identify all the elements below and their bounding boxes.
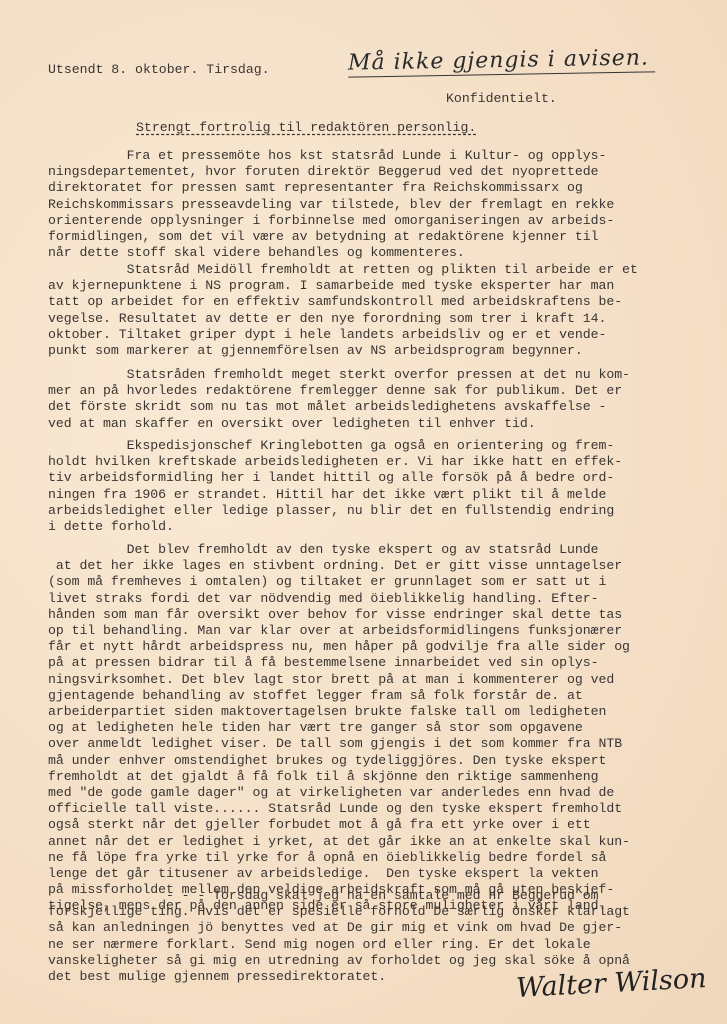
- text-line: direktoratet for pressen samt representa…: [48, 180, 713, 196]
- text-line: vegelse. Resultatet av dette er den nye …: [48, 311, 713, 327]
- text-line: vanskeligheter så gi mig en utredning av…: [48, 953, 713, 969]
- text-line: på at pressen bidrar til å få bestemmels…: [48, 655, 713, 671]
- text-line: - - - Torsdag skal jeg ha en samtale med…: [48, 888, 713, 904]
- text-line: officielle tall viste...... Statsråd Lun…: [48, 801, 713, 817]
- text-line: holdt hvilken kreftskade arbeidsledighet…: [48, 454, 713, 470]
- text-line: ningen fra 1906 er strandet. Hittil har …: [48, 487, 713, 503]
- text-line: av kjernepunktene i NS program. I samarb…: [48, 278, 713, 294]
- text-line: arbeiderpartiet siden maktovertagelsen b…: [48, 704, 713, 720]
- handwritten-note: Må ikke gjengis i avisen.: [348, 45, 655, 77]
- text-line: Ekspedisjonschef Kringlebotten ga også e…: [48, 438, 713, 454]
- text-line: Det blev fremholdt av den tyske ekspert …: [48, 542, 713, 558]
- text-line: med "de gode gamle dager" og at virkelig…: [48, 785, 713, 801]
- text-line: livet straks fordi det var nödvendig med…: [48, 591, 713, 607]
- text-line: oktober. Tiltaket griper dypt i hele lan…: [48, 327, 713, 343]
- paragraph-5: Det blev fremholdt av den tyske ekspert …: [48, 542, 713, 915]
- text-line: ne få löpe fra yrke til yrke for å opnå …: [48, 850, 713, 866]
- text-line: punkt som markerer at gjennemförelsen av…: [48, 343, 713, 359]
- paragraph-1: Fra et pressemöte hos kst statsråd Lunde…: [48, 148, 713, 261]
- text-line: får et nytt hårdt arbeidspress nu, men h…: [48, 639, 713, 655]
- paragraph-3: Statsråden fremholdt meget sterkt overfo…: [48, 367, 713, 432]
- text-line: når dette stoff skal videre behandles og…: [48, 245, 713, 261]
- text-line: ne ser nærmere forklart. Send mig nogen …: [48, 937, 713, 953]
- text-line: også sterkt når det gjeller forbudet mot…: [48, 817, 713, 833]
- text-line: lenge det går titusener av arbeidsledige…: [48, 866, 713, 882]
- text-line: over anmeldt ledighet viser. De tall som…: [48, 736, 713, 752]
- text-line: mer an på hvorledes redaktörene fremlegg…: [48, 383, 713, 399]
- text-line: og at ledigheten hele tiden har vært tre…: [48, 720, 713, 736]
- dateline: Utsendt 8. oktober. Tirsdag.: [48, 62, 270, 77]
- text-line: arbeidsledighet eller ledige plasser, nu…: [48, 503, 713, 519]
- text-line: må under enhver omstendighet brukes og t…: [48, 753, 713, 769]
- text-line: Fra et pressemöte hos kst statsråd Lunde…: [48, 148, 713, 164]
- text-line: op til behandling. Man var klar over at …: [48, 623, 713, 639]
- text-line: i dette forhold.: [48, 519, 713, 535]
- text-line: Reichskommissars presseavdeling var tils…: [48, 197, 713, 213]
- text-line: (som må fremheves i omtalen) og tiltaket…: [48, 574, 713, 590]
- paragraph-4: Ekspedisjonschef Kringlebotten ga også e…: [48, 438, 713, 535]
- text-line: hånden som man får oversikt over behov f…: [48, 607, 713, 623]
- text-line: så kan anledningen jö benyttes ved at De…: [48, 920, 713, 936]
- classification-label: Konfidentielt.: [446, 91, 557, 106]
- text-line: formidlingen, som det vil være av betydn…: [48, 229, 713, 245]
- text-line: orienterende opplysninger i forbinnelse …: [48, 213, 713, 229]
- text-line: annet når det er ledighet i yrket, at de…: [48, 834, 713, 850]
- text-line: ved at man skaffer en oversikt over ledi…: [48, 416, 713, 432]
- paragraph-2: Statsråd Meidöll fremholdt at retten og …: [48, 262, 713, 359]
- text-line: tiv arbeidsformidling her i landet hitti…: [48, 470, 713, 486]
- typewritten-letter: Utsendt 8. oktober. Tirsdag. Må ikke gje…: [0, 0, 727, 1024]
- text-line: det förste skridt som nu tas mot målet a…: [48, 399, 713, 415]
- text-line: gjentagende behandling av stoffet legger…: [48, 688, 713, 704]
- text-line: ningsvirksomhet. Det blev lagt stor bret…: [48, 672, 713, 688]
- subject-line: Strengt fortrolig til redaktören personl…: [136, 120, 476, 135]
- text-line: fremholdt at det gjaldt å få folk til å …: [48, 769, 713, 785]
- text-line: Statsråd Meidöll fremholdt at retten og …: [48, 262, 713, 278]
- text-line: forskjellige ting. Hvis det er spesielle…: [48, 904, 713, 920]
- text-line: at det her ikke lages en stivbent ordnin…: [48, 558, 713, 574]
- text-line: Statsråden fremholdt meget sterkt overfo…: [48, 367, 713, 383]
- text-line: ningsdepartementet, hvor foruten direktö…: [48, 164, 713, 180]
- text-line: tatt op arbeidet for en effektiv samfund…: [48, 294, 713, 310]
